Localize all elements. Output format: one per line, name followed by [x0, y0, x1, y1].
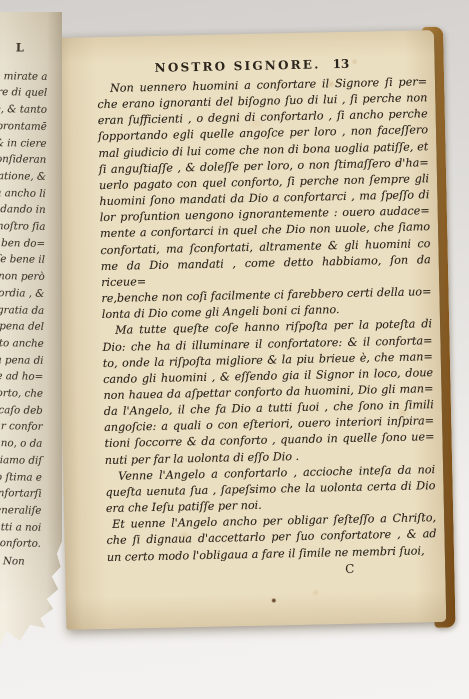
verso-line-fragment: & conforto. — [0, 535, 41, 553]
text-block: NOSTRO SIGNORE. 13 Non uennero huomini a… — [97, 55, 438, 582]
verso-text-fragments: L dice, mirate ao patire di queltirete, … — [0, 38, 62, 571]
verso-line-fragment: oſsiamo ſtima e — [0, 468, 42, 486]
verso-line-fragment: accettar confor — [0, 418, 43, 436]
catchword: Non — [0, 552, 41, 570]
verso-line-fragment: dolor noſtro ſia — [0, 217, 46, 235]
body-text: Non uennero huomini a confortare il Sign… — [97, 74, 437, 565]
verso-line-fragment: nuuir la pena di — [0, 351, 44, 369]
verso-line-fragment: iſericordia , & — [0, 284, 45, 302]
running-header: NOSTRO SIGNORE. — [155, 57, 321, 74]
recto-page: NOSTRO SIGNORE. 13 Non uennero huomini a… — [54, 30, 446, 630]
paragraph: Venne l'Angelo a confortarlo , accioche … — [105, 462, 436, 517]
verso-line-fragment: me fatti a noi — [0, 518, 41, 536]
verso-line-fragment: ete, & in ciere — [0, 134, 47, 152]
verso-line-fragment: o di confortarſi — [0, 484, 42, 502]
verso-line-fragment: noi andando in — [0, 201, 46, 219]
verso-line-fragment: o patire di quel — [0, 84, 47, 102]
page-number: 13 — [332, 57, 349, 71]
verso-line-fragment: dice, mirate a — [0, 67, 48, 85]
verso-line-fragment: il conforto, che — [0, 384, 43, 402]
book-photo: NOSTRO SIGNORE. 13 Non uennero huomini a… — [0, 0, 469, 699]
verso-line-fragment: perche, ſe bene il — [0, 251, 45, 269]
verso-line-fragment: o di ſenno, o da — [0, 434, 42, 452]
verso-line-fragment: gelli, ma ancho li — [0, 184, 46, 202]
verso-line-fragment: forto , non però — [0, 267, 45, 285]
verso-line-fragment: igo generaliſe — [0, 501, 42, 519]
verso-line-fragment: omo conſideran — [0, 150, 46, 168]
verso-line-fragment: tirete, & tanto — [0, 100, 47, 118]
paragraph: Non uennero huomini a confortare il Sign… — [97, 74, 432, 323]
verso-line-fragment: opra di ſe ad ho= — [0, 368, 43, 386]
signature-mark: C — [345, 562, 354, 576]
verso-line-fragment: oi piu prontamē — [0, 117, 47, 135]
verso-line-fragment: non facciamo diſ — [0, 451, 42, 469]
verso-line-fragment: forto è pena del — [0, 317, 44, 335]
verso-line-fragment: l conforto anche — [0, 334, 44, 352]
verso-fragment-list: dice, mirate ao patire di queltirete, & … — [0, 67, 48, 553]
verso-line-fragment: ominatione, & — [0, 167, 46, 185]
paragraph: Et uenne l'Angelo ancho per obligar ſeſt… — [106, 510, 437, 565]
verso-line-fragment: iam coſi ben do= — [0, 234, 45, 252]
verso-running-header-fragment: L — [0, 38, 48, 56]
verso-page-sliver: L dice, mirate ao patire di queltirete, … — [0, 12, 62, 657]
verso-line-fragment: e in tal caſo deb — [0, 401, 43, 419]
verso-line-fragment: lta far gratia da — [0, 301, 44, 319]
paragraph: Ma tutte queſte coſe hanno riſpoſta per … — [102, 316, 435, 468]
